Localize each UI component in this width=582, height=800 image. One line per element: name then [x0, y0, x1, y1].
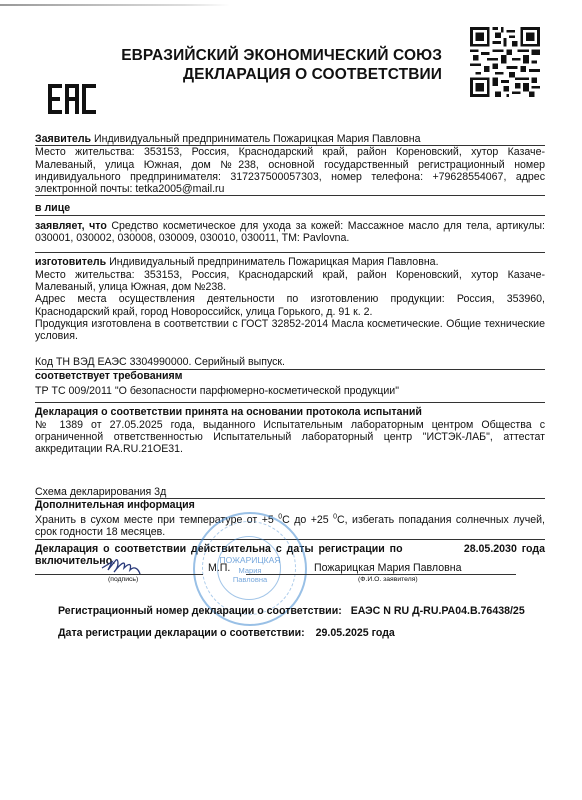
declares-underline	[35, 244, 545, 253]
applicant-name: Индивидуальный предприниматель Пожарицка…	[94, 133, 421, 145]
document-header: ЕВРАЗИЙСКИЙ ЭКОНОМИЧЕСКИЙ СОЮЗ ДЕКЛАРАЦИ…	[110, 46, 442, 84]
validity-date: 28.05.2030 года	[464, 543, 545, 555]
hs-code: Код ТН ВЭД ЕАЭС 3304990000. Серийный вып…	[35, 356, 545, 369]
registration-number-row: Регистрационный номер декларации о соотв…	[58, 605, 558, 617]
applicant-section: Заявитель Индивидуальный предприниматель…	[35, 133, 545, 146]
applicant-details: Место жительства: 353153, Россия, Красно…	[35, 146, 545, 196]
scan-edge	[0, 4, 230, 6]
represented-by-label: в лице	[35, 202, 545, 215]
storage-text-part2: С до +25	[282, 514, 333, 526]
registration-date-row: Дата регистрации декларации о соответств…	[58, 627, 558, 639]
manufacturer-residence: Место жительства: 353153, Россия, Красно…	[35, 269, 545, 294]
document-title: ДЕКЛАРАЦИЯ О СООТВЕТСТВИИ	[110, 65, 442, 84]
registration-date-label: Дата регистрации декларации о соответств…	[58, 627, 305, 639]
basis-label: Декларация о соответствии принята на осн…	[35, 406, 545, 418]
product-standard: Продукция изготовлена в соответствии с Г…	[35, 318, 545, 343]
production-address: Адрес места осуществления деятельности п…	[35, 293, 545, 318]
additional-info-label: Дополнительная информация	[35, 499, 545, 511]
seal-label: М.П.	[208, 562, 230, 574]
signature-line	[35, 574, 203, 575]
product-description: Средство косметическое для ухода за коже…	[35, 220, 545, 244]
declares-label: заявляет, что	[35, 220, 107, 232]
declares-section: заявляет, что Средство косметическое для…	[35, 220, 545, 245]
qr-code-icon	[470, 27, 540, 97]
union-title: ЕВРАЗИЙСКИЙ ЭКОНОМИЧЕСКИЙ СОЮЗ	[110, 46, 442, 65]
technical-regulation: ТР ТС 009/2011 "О безопасности парфюмерн…	[35, 385, 545, 397]
registration-date: 29.05.2025 года	[316, 627, 395, 639]
declaration-scheme: Схема декларирования 3д	[35, 486, 545, 499]
registration-number: ЕАЭС N RU Д-RU.РА04.В.76438/25	[351, 605, 525, 617]
stamp-line-3: Павловна	[195, 575, 305, 585]
conforms-label: соответствует требованиям	[35, 370, 545, 382]
name-line	[246, 574, 516, 575]
signer-label: (Ф.И.О. заявителя)	[358, 576, 418, 583]
manufacturer-section: изготовитель Индивидуальный предпринимат…	[35, 256, 545, 268]
declaration-body: Заявитель Индивидуальный предприниматель…	[35, 133, 545, 567]
applicant-label: Заявитель	[35, 133, 91, 145]
manufacturer-label: изготовитель	[35, 256, 106, 268]
eac-mark-icon	[48, 84, 96, 114]
registration-number-label: Регистрационный номер декларации о соотв…	[58, 605, 342, 617]
signer-name: Пожарицкая Мария Павловна	[314, 562, 461, 574]
signature-label: (подпись)	[108, 576, 138, 583]
basis-text: № 1389 от 27.05.2025 года, выданного Исп…	[35, 419, 545, 456]
manufacturer-name: Индивидуальный предприниматель Пожарицка…	[109, 256, 438, 268]
